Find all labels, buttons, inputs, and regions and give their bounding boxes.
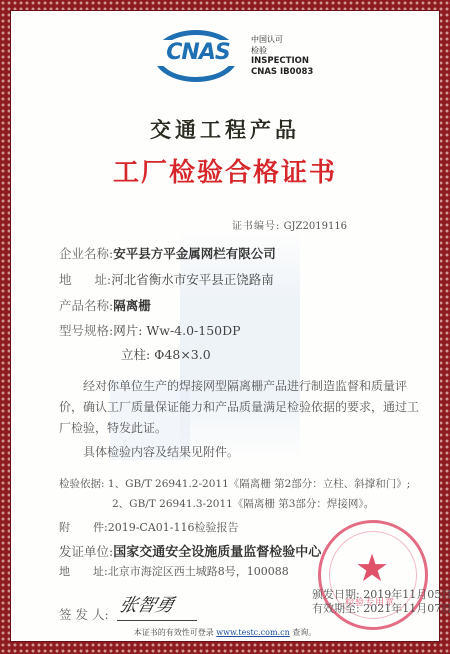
issuer-address-value: 北京市海淀区西土城路8号，100088 bbox=[108, 565, 289, 578]
address-label-a: 地 bbox=[59, 272, 95, 287]
basis-row-2: 2、GB/T 26941.3-2011《隔离栅 第3部分：焊接网》。 bbox=[112, 496, 374, 511]
model-mesh-value: 网片: Ww-4.0-150DP bbox=[113, 323, 240, 338]
model-label: 型号规格: bbox=[59, 323, 113, 338]
attachment-row: 附件:2019-CA01-116检验报告 bbox=[59, 519, 239, 535]
logo-line-2: 检验 bbox=[251, 45, 313, 56]
company-label: 企业名称: bbox=[59, 246, 113, 261]
footer-prefix: 本证书的有效性可登录 bbox=[134, 628, 214, 637]
valid-until-row: 有效期至: 2021年11月07日 bbox=[312, 602, 450, 616]
basis-item-2: 2、GB/T 26941.3-2011《隔离栅 第3部分：焊接网》。 bbox=[112, 498, 374, 510]
valid-until-label: 有效期至: bbox=[312, 602, 360, 615]
star-icon: ★ bbox=[355, 549, 389, 587]
attachment-note: 具体检验内容及结果见附件。 bbox=[59, 442, 421, 463]
address-row: 地址:河北省衡水市安平县正饶路南 bbox=[59, 270, 274, 288]
signature-line bbox=[117, 620, 197, 621]
basis-item-1: 1、GB/T 26941.2-2011《隔离栅 第2部分：立柱、斜撑和门》; bbox=[108, 478, 410, 490]
body-paragraph: 经对你单位生产的焊接网型隔离栅产品进行制造监督和质量评价，确认工厂质量保证能力和… bbox=[59, 376, 421, 439]
attachment-value: 2019-CA01-116检验报告 bbox=[108, 521, 239, 534]
company-row: 企业名称:安平县方平金属网栏有限公司 bbox=[59, 244, 276, 262]
model-post-row: 立柱: Φ48×3.0 bbox=[121, 345, 211, 363]
address-label-b: 址: bbox=[95, 272, 112, 287]
logo-caption: 中国认可 检验 INSPECTION CNAS IB0083 bbox=[251, 34, 313, 78]
title-category: 交通工程产品 bbox=[0, 114, 450, 144]
model-post-value: 立柱: Φ48×3.0 bbox=[121, 347, 211, 362]
footer-suffix: 查询。 bbox=[292, 628, 316, 637]
address-value: 河北省衡水市安平县正饶路南 bbox=[111, 272, 274, 287]
issuer-address-label-b: 址: bbox=[93, 565, 108, 578]
logo-line-3: INSPECTION bbox=[251, 56, 313, 67]
issuer-value: 国家交通安全设施质量监督检验中心 bbox=[113, 545, 321, 560]
attachment-label-a: 附 bbox=[59, 521, 93, 534]
issuer-label: 发证单位: bbox=[59, 544, 113, 559]
logo-line-4: CNAS IB0083 bbox=[251, 67, 313, 78]
footer-note: 本证书的有效性可登录 www.testc.com.cn 查询。 bbox=[0, 627, 450, 638]
basis-label: 检验依据: bbox=[59, 478, 105, 490]
issuer-row: 发证单位:国家交通安全设施质量监督检验中心 bbox=[59, 541, 321, 560]
cnas-mark: CNAS bbox=[152, 40, 244, 66]
title-main: 工厂检验合格证书 bbox=[0, 152, 450, 189]
logo-line-1: 中国认可 bbox=[251, 34, 313, 45]
issuer-address-row: 地址:北京市海淀区西土城路8号，100088 bbox=[59, 563, 289, 579]
model-row: 型号规格:网片: Ww-4.0-150DP bbox=[59, 321, 241, 339]
cnas-logo: CNAS 中国认可 检验 INSPECTION CNAS IB0083 bbox=[148, 24, 328, 94]
signer-label: 签 发 人: bbox=[59, 605, 109, 623]
product-value: 隔离栅 bbox=[113, 298, 151, 313]
dates-block: 颁发日期: 2019年11月05日 有效期至: 2021年11月07日 bbox=[312, 588, 450, 616]
certificate-number-label: 证书编号: bbox=[232, 221, 280, 232]
valid-until-value: 2021年11月07日 bbox=[363, 602, 450, 615]
verification-link[interactable]: www.testc.com.cn bbox=[216, 628, 290, 637]
signature: 张智勇 bbox=[117, 591, 178, 617]
product-label: 产品名称: bbox=[59, 298, 113, 313]
issue-date-value: 2019年11月05日 bbox=[363, 588, 450, 601]
product-row: 产品名称:隔离栅 bbox=[59, 296, 151, 314]
issue-date-row: 颁发日期: 2019年11月05日 bbox=[312, 588, 450, 602]
company-value: 安平县方平金属网栏有限公司 bbox=[113, 246, 276, 261]
certificate-number-value: GJZ2019116 bbox=[284, 221, 347, 232]
certificate-number: 证书编号: GJZ2019116 bbox=[232, 217, 347, 232]
attachment-label-b: 件: bbox=[93, 521, 108, 534]
issuer-address-label-a: 地 bbox=[59, 565, 93, 578]
basis-row-1: 检验依据: 1、GB/T 26941.2-2011《隔离栅 第2部分：立柱、斜撑… bbox=[59, 476, 410, 491]
issue-date-label: 颁发日期: bbox=[312, 588, 360, 601]
